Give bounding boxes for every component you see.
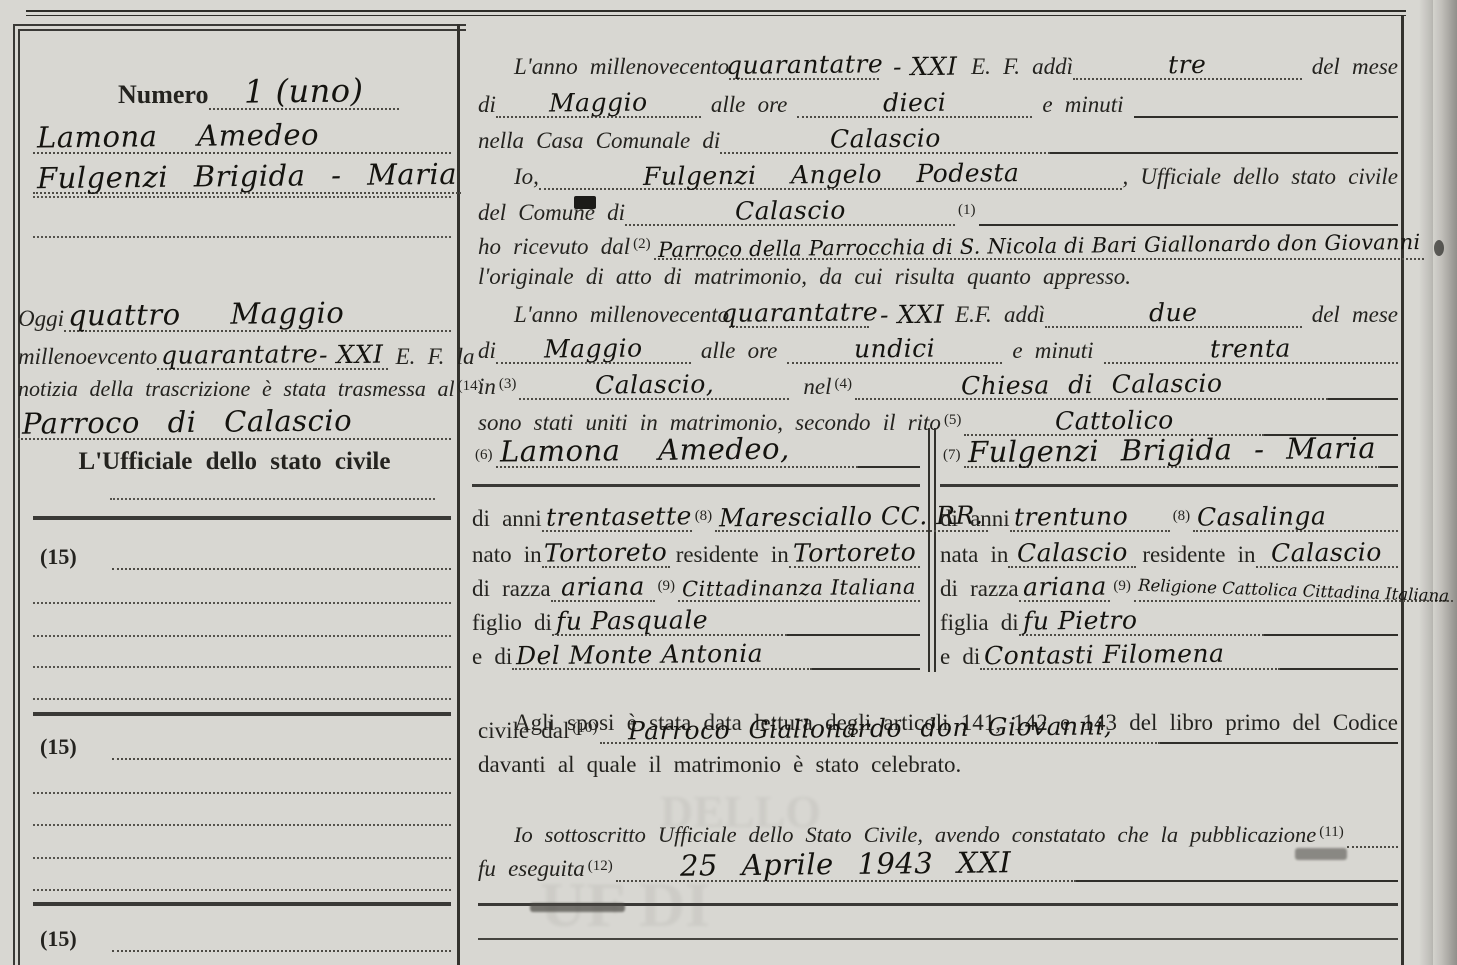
ref15-line: (15) xyxy=(40,540,451,570)
page-edge-shadow-inner xyxy=(1419,0,1433,965)
bride-age-line: di anni trentuno (8) Casalinga xyxy=(940,496,1398,532)
trailing-line xyxy=(1076,840,1398,882)
del-mese-label: del mese xyxy=(1302,54,1398,80)
bride-birth-line: nata in Calascio residente in Calascio xyxy=(940,532,1398,568)
civile-dal-label: civile dal xyxy=(478,718,569,744)
ref-8: (8) xyxy=(692,508,716,525)
bride-mother-entry: Contasti Filomena xyxy=(980,632,1280,670)
trailing-line xyxy=(1280,632,1398,670)
ef-addi-label: E. F. addì xyxy=(971,54,1073,80)
davanti-label: davanti al quale il matrimonio è stato c… xyxy=(478,752,961,778)
groom-father-line: figlio di fu Pasquale xyxy=(472,600,920,636)
ef-la-label: E. F. la xyxy=(388,344,475,370)
p1-line3: nella Casa Comunale di Calascio xyxy=(478,116,1398,154)
official-name-entry: Fulgenzi Angelo Podesta xyxy=(539,150,1123,190)
blank-solid-line xyxy=(478,938,1398,940)
nata-in-label: nata in xyxy=(940,542,1008,568)
month-entry: Maggio xyxy=(496,78,701,118)
ref15-line: (15) xyxy=(40,730,451,760)
bride-name-line: Fulgenzi Brigida - Maria xyxy=(33,152,451,194)
bride-rule xyxy=(940,484,1398,487)
bride-name-value: Fulgenzi Brigida - Maria xyxy=(963,434,1379,468)
right-border-line xyxy=(1401,16,1404,965)
ref-6: (6) xyxy=(472,447,496,464)
official-heading: L'Ufficiale dello stato civile xyxy=(79,448,391,476)
ref-8: (8) xyxy=(1170,508,1194,525)
groom-race-line: di razza ariana (9) Cittadinanza Italian… xyxy=(472,566,920,602)
blank-dotted-line xyxy=(33,857,451,859)
bride-residence-entry: Calascio xyxy=(1256,530,1399,568)
year-value: quarantatre xyxy=(716,299,881,327)
p1-line6: ho ricevuto dal (2) Parroco della Parroc… xyxy=(478,222,1398,260)
lettura-officiant-value: Parroco Giallonardo don Giovanni, xyxy=(600,713,1116,744)
bride-race-entry: ariana xyxy=(1019,564,1111,602)
ref-9: (9) xyxy=(1110,578,1134,595)
groom-name-value: Lamona Amedeo, xyxy=(495,434,793,467)
ref-15-label: (15) xyxy=(40,734,77,760)
hour-entry: dieci xyxy=(797,78,1032,118)
casa-comunale-place: Calascio xyxy=(826,125,945,152)
marriage-place-value: Calascio, xyxy=(591,371,719,398)
originale-label: l'originale di atto di matrimonio, da cu… xyxy=(478,264,1131,290)
minutes-entry: trenta xyxy=(1104,324,1398,364)
e-di-label: e di xyxy=(940,644,980,670)
nato-in-label: nato in xyxy=(472,542,542,568)
year-value: quarantatre xyxy=(721,51,886,79)
month-value: Maggio xyxy=(545,89,652,116)
p2-line1: L'anno millenovecento quarantatre - XXI … xyxy=(478,290,1398,328)
transmission-era-entry: - XXI xyxy=(315,328,387,370)
bride-residence-value: Calascio xyxy=(1267,539,1386,566)
ref-10: (10) xyxy=(569,720,600,737)
trailing-line xyxy=(858,424,920,468)
bride-birthplace-entry: Calascio xyxy=(1008,530,1136,568)
lettura-line1: Agli sposi è stata data lettura degli ar… xyxy=(478,674,1398,708)
groom-age-line: di anni trentasette (8) Maresciallo CC. … xyxy=(472,496,920,532)
transmitted-to-entry: Parroco di Calascio xyxy=(18,396,451,440)
in-label: in xyxy=(478,374,496,400)
ref-12: (12) xyxy=(585,858,616,875)
anno-label: L'anno millenovecento xyxy=(514,54,729,80)
oggi-label: Oggi xyxy=(18,306,64,332)
blank-entry-line xyxy=(112,538,451,570)
groom-race-value: ariana xyxy=(557,574,649,601)
bride-mother-line: e di Contasti Filomena xyxy=(940,634,1398,670)
groom-mother-entry: Del Monte Antonia xyxy=(512,632,812,670)
groom-citizenship-entry: Cittadinanza Italiana xyxy=(678,564,920,602)
di-label: di xyxy=(478,338,496,364)
groom-father-value: fu Pasquale xyxy=(552,607,712,635)
ink-blot xyxy=(574,196,596,209)
groom-name-entry: Lamona Amedeo xyxy=(33,110,451,154)
bride-race-line: di razza ariana (9) Religione Cattolica … xyxy=(940,566,1398,602)
groom-race-entry: ariana xyxy=(551,564,655,602)
ref-11: (11) xyxy=(1316,824,1346,841)
ink-smudge xyxy=(1295,848,1347,860)
church-entry: Chiesa di Calascio xyxy=(855,360,1328,400)
trailing-line xyxy=(1264,598,1398,636)
transmitted-to-line: Parroco di Calascio xyxy=(18,398,451,440)
numero-line: Numero 1 (uno) xyxy=(30,70,450,110)
blank-dotted-line xyxy=(33,196,451,198)
groom-entry: Lamona Amedeo, xyxy=(496,424,859,468)
blank-dotted-line xyxy=(33,698,451,700)
groom-name-line: (6) Lamona Amedeo, xyxy=(472,426,920,468)
trailing-line xyxy=(1328,360,1398,400)
groom-birth-line: nato in Tortoreto residente in Tortoreto xyxy=(472,532,920,568)
transmission-year-entry: quarantatre xyxy=(157,328,315,370)
casa-comunale-entry: Calascio xyxy=(720,114,1050,154)
minutes-blank-entry xyxy=(1134,78,1398,118)
marriage-transcription-register-page: DELLO UF DI Numero 1 (uno) Lamona Amedeo… xyxy=(0,0,1457,965)
year-entry: quarantatre xyxy=(729,40,879,80)
signature-dotted-line xyxy=(110,498,435,500)
day-value: tre xyxy=(1164,52,1211,78)
blank-dotted-line xyxy=(33,889,451,891)
bride-birthplace-value: Calascio xyxy=(1013,539,1132,566)
lettura-line3: davanti al quale il matrimonio è stato c… xyxy=(478,744,1398,778)
groom-birthplace-entry: Tortoreto xyxy=(542,530,670,568)
p1-line2: di Maggio alle ore dieci e minuti xyxy=(478,80,1398,118)
bride-father-entry: fu Pietro xyxy=(1019,598,1264,636)
pubblicazione-date-value: 25 Aprile 1943 XXI xyxy=(676,848,1015,882)
trailing-line xyxy=(1380,424,1398,468)
di-anni-label: di anni xyxy=(940,506,1010,532)
parroco-entry: Parroco della Parrocchia di S. Nicola di… xyxy=(654,220,1424,260)
era-entry: - XXI xyxy=(869,290,955,328)
month-entry: Maggio xyxy=(496,324,691,364)
blank-dotted-line xyxy=(33,236,451,238)
ref15-line: (15) xyxy=(40,922,451,952)
era-value: - XXI xyxy=(889,54,962,81)
groom-rule xyxy=(472,484,920,487)
pubblicazione-line2: fu eseguita (12) 25 Aprile 1943 XXI xyxy=(478,842,1398,882)
bride-profession-entry: Casalinga xyxy=(1193,494,1398,532)
millenovecento-line: millenoevcento quarantatre - XXI E. F. l… xyxy=(18,330,451,370)
blank-dotted-line xyxy=(33,635,451,637)
e-di-label: e di xyxy=(472,644,512,670)
groom-age-entry: trentasette xyxy=(542,494,692,532)
trailing-line xyxy=(1050,114,1398,154)
ref-3: (3) xyxy=(496,376,520,393)
groom-name-value: Lamona Amedeo xyxy=(33,120,323,153)
di-razza-label: di razza xyxy=(472,576,551,602)
bride-age-value: trentuno xyxy=(1010,503,1132,530)
era-entry: - XXI xyxy=(879,42,971,80)
groom-age-value: trentasette xyxy=(542,503,696,531)
transmitted-to-value: Parroco di Calascio xyxy=(18,406,356,440)
ink-blot xyxy=(1434,240,1444,256)
section-rule xyxy=(33,712,451,716)
blank-entry-line xyxy=(112,920,451,952)
hour-entry: undici xyxy=(787,324,1002,364)
spouse-column-divider xyxy=(928,428,936,672)
hour-value: undici xyxy=(850,336,939,363)
blank-dotted-line xyxy=(33,824,451,826)
blank-entry-line xyxy=(112,728,451,760)
numero-label: Numero xyxy=(118,80,209,110)
p2-line2: di Maggio alle ore undici e minuti trent… xyxy=(478,326,1398,364)
bride-profession-value: Casalinga xyxy=(1193,503,1331,530)
transmission-date-entry: quattro Maggio xyxy=(64,290,451,332)
numero-entry: 1 (uno) xyxy=(209,68,399,110)
hour-value: dieci xyxy=(879,90,951,117)
ref-4: (4) xyxy=(832,376,856,393)
io-label: Io, xyxy=(514,164,539,190)
blank-dotted-line xyxy=(33,666,451,668)
ink-smudge xyxy=(530,903,625,912)
ref-15-label: (15) xyxy=(40,544,77,570)
ref-9: (9) xyxy=(655,578,679,595)
bride-father-line: figlia di fu Pietro xyxy=(940,600,1398,636)
trailing-line xyxy=(787,598,920,636)
day-entry: tre xyxy=(1073,40,1302,80)
ref-15-label: (15) xyxy=(40,926,77,952)
bride-name-line: (7) Fulgenzi Brigida - Maria xyxy=(940,426,1398,468)
di-label: di xyxy=(478,92,496,118)
fu-eseguita-label: fu eseguita xyxy=(478,856,585,882)
trailing-line xyxy=(812,632,920,670)
groom-residence-entry: Tortoreto xyxy=(789,530,920,568)
section-rule xyxy=(33,902,451,906)
bride-name-entry: Fulgenzi Brigida - Maria xyxy=(33,150,461,194)
year-entry: quarantatre xyxy=(729,288,869,328)
month-value: Maggio xyxy=(540,335,647,362)
nel-label: nel xyxy=(789,374,831,400)
millenovecento-label: millenoevcento xyxy=(18,344,157,370)
groom-mother-line: e di Del Monte Antonia xyxy=(472,634,920,670)
transmission-year-value: quarantatre xyxy=(157,341,322,369)
section-rule xyxy=(33,516,451,520)
oggi-line: Oggi quattro Maggio xyxy=(18,292,451,332)
groom-mother-value: Del Monte Antonia xyxy=(512,641,767,670)
p1-line4: Io, Fulgenzi Angelo Podesta , Ufficiale … xyxy=(478,152,1398,190)
groom-father-entry: fu Pasquale xyxy=(552,598,787,636)
bride-father-value: fu Pietro xyxy=(1018,607,1141,634)
p2-line3: in (3) Calascio, nel (4) Chiesa di Calas… xyxy=(478,362,1398,400)
bride-citizenship-entry: Religione Cattolica Cittadina Italiana xyxy=(1134,564,1453,602)
ref-7: (7) xyxy=(940,447,964,464)
day-value: due xyxy=(1145,300,1202,327)
marriage-place-entry: Calascio, xyxy=(519,360,789,400)
di-anni-label: di anni xyxy=(472,506,542,532)
page-edge-shadow xyxy=(1431,0,1457,965)
bride-race-value: ariana xyxy=(1018,574,1110,601)
bride-entry: Fulgenzi Brigida - Maria xyxy=(964,424,1380,468)
ref-2: (2) xyxy=(630,236,654,253)
minutes-value: trenta xyxy=(1206,336,1295,363)
groom-name-line: Lamona Amedeo xyxy=(33,112,451,154)
bride-mother-value: Contasti Filomena xyxy=(980,641,1229,670)
groom-birthplace-value: Tortoreto xyxy=(540,539,671,566)
official-heading-line: L'Ufficiale dello stato civile xyxy=(18,442,451,476)
p1-line7: l'originale di atto di matrimonio, da cu… xyxy=(478,256,1398,290)
di-razza-label: di razza xyxy=(940,576,1019,602)
trailing-line xyxy=(1160,704,1398,744)
bride-name-value: Fulgenzi Brigida - Maria xyxy=(33,160,461,194)
day-entry: due xyxy=(1045,288,1302,328)
bride-age-entry: trentuno xyxy=(1010,494,1170,532)
pubblicazione-date-entry: 25 Aprile 1943 XXI xyxy=(616,840,1076,882)
transmission-date-value: quattro Maggio xyxy=(64,299,349,332)
p1-line1: L'anno millenovecento quarantatre - XXI … xyxy=(478,42,1398,80)
blank-dotted-line xyxy=(33,792,451,794)
top-border-rule xyxy=(26,10,1406,16)
numero-value: 1 (uno) xyxy=(240,74,368,108)
ref-1: (1) xyxy=(955,202,979,219)
lettura-line2: civile dal (10) Parroco Giallonardo don … xyxy=(478,706,1398,744)
transmission-era-value: - XXI xyxy=(315,342,388,369)
groom-residence-value: Tortoreto xyxy=(789,539,920,566)
lettura-officiant-entry: Parroco Giallonardo don Giovanni, xyxy=(600,704,1160,744)
blank-dotted-line xyxy=(33,602,451,604)
